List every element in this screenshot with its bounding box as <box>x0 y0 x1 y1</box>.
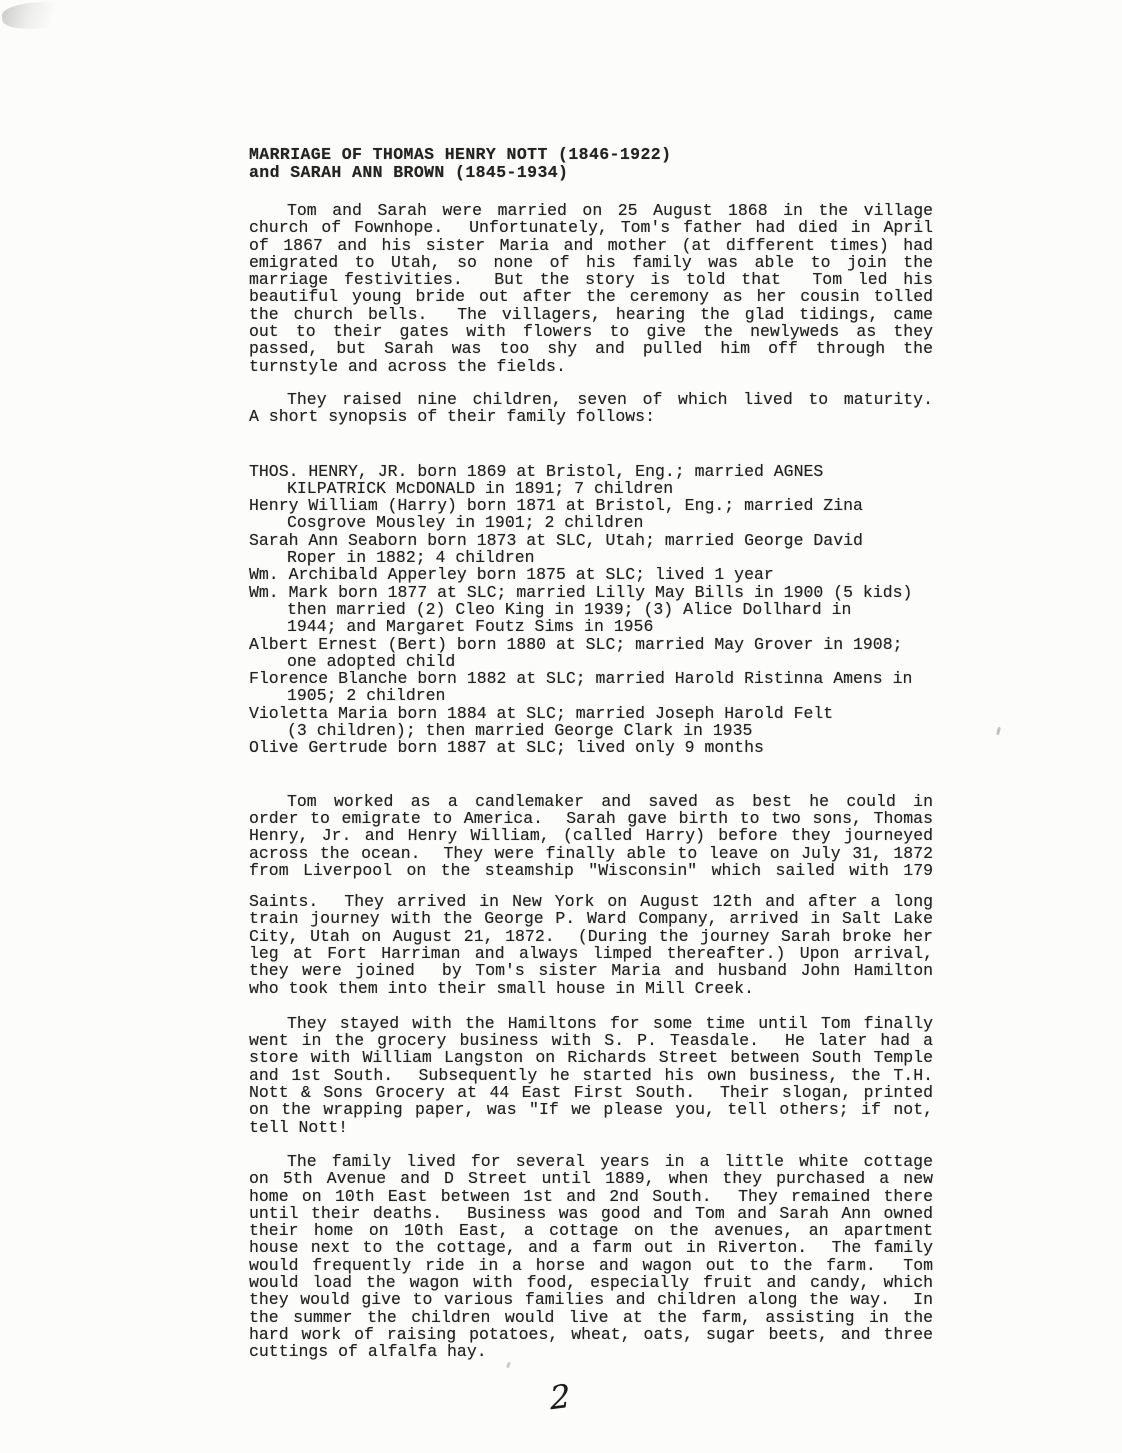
scanned-document-page: { "document": { "blocks": [ { "type": "h… <box>0 0 1122 1453</box>
paragraph-arrival: Saints. They arrived in New York on Augu… <box>249 893 933 997</box>
text-line: their home on 10th East, a cottage on th… <box>249 1222 933 1239</box>
text-line: A short synopsis of their family follows… <box>249 408 933 425</box>
text-line: leg at Fort Harriman and always limped t… <box>249 945 933 962</box>
text-line: they were joined by Tom's sister Maria a… <box>249 962 933 979</box>
text-line: Olive Gertrude born 1887 at SLC; lived o… <box>249 739 933 756</box>
text-line: of 1867 and his sister Maria and mother … <box>249 237 933 254</box>
text-line: Roper in 1882; 4 children <box>249 549 933 566</box>
document-body: MARRIAGE OF THOMAS HENRY NOTT (1846-1922… <box>249 146 933 1361</box>
text-line: They stayed with the Hamiltons for some … <box>249 1015 933 1032</box>
text-line: who took them into their small house in … <box>249 980 933 997</box>
text-line: Violetta Maria born 1884 at SLC; married… <box>249 705 933 722</box>
text-line: Saints. They arrived in New York on Augu… <box>249 893 933 910</box>
text-line: The family lived for several years in a … <box>249 1153 933 1170</box>
scan-noise-mark <box>996 727 1001 735</box>
paragraph-children-intro: They raised nine children, seven of whic… <box>249 391 933 426</box>
text-line: house next to the cottage, and a farm ou… <box>249 1239 933 1256</box>
text-line: across the ocean. They were finally able… <box>249 845 933 862</box>
text-line: Henry William (Harry) born 1871 at Brist… <box>249 497 933 514</box>
text-line: home on 10th East between 1st and 2nd So… <box>249 1188 933 1205</box>
text-line: tell Nott! <box>249 1119 933 1136</box>
text-line: City, Utah on August 21, 1872. (During t… <box>249 928 933 945</box>
text-line: Tom and Sarah were married on 25 August … <box>249 202 933 219</box>
paragraph-grocery: They stayed with the Hamiltons for some … <box>249 1015 933 1136</box>
text-line: THOS. HENRY, JR. born 1869 at Bristol, E… <box>249 463 933 480</box>
text-line: on 5th Avenue and D Street until 1889, w… <box>249 1170 933 1187</box>
text-line: 1944; and Margaret Foutz Sims in 1956 <box>249 618 933 635</box>
text-line: Albert Ernest (Bert) born 1880 at SLC; m… <box>249 636 933 653</box>
text-line: the summer the children would live at th… <box>249 1309 933 1326</box>
text-line: cuttings of alfalfa hay. <box>249 1343 933 1360</box>
text-line: Tom worked as a candlemaker and saved as… <box>249 793 933 810</box>
text-line: Cosgrove Mousley in 1901; 2 children <box>249 514 933 531</box>
page-number: 2 <box>549 1377 571 1418</box>
text-line: emigrated to Utah, so none of his family… <box>249 254 933 271</box>
scan-noise-mark <box>506 1362 511 1369</box>
text-line: one adopted child <box>249 653 933 670</box>
child-entry: Florence Blanche born 1882 at SLC; marri… <box>249 670 933 705</box>
text-line: would frequently ride in a horse and wag… <box>249 1257 933 1274</box>
text-line: Florence Blanche born 1882 at SLC; marri… <box>249 670 933 687</box>
text-line: They raised nine children, seven of whic… <box>249 391 933 408</box>
paragraph-emigration: Tom worked as a candlemaker and saved as… <box>249 793 933 879</box>
text-line: and 1st South. Subsequently he started h… <box>249 1067 933 1084</box>
text-line: until their deaths. Business was good an… <box>249 1205 933 1222</box>
text-line: would load the wagon with food, especial… <box>249 1274 933 1291</box>
child-entry: Henry William (Harry) born 1871 at Brist… <box>249 497 933 532</box>
child-entry: Sarah Ann Seaborn born 1873 at SLC, Utah… <box>249 532 933 567</box>
text-line: Wm. Mark born 1877 at SLC; married Lilly… <box>249 584 933 601</box>
text-line: store with William Langston on Richards … <box>249 1049 933 1066</box>
text-line: train journey with the George P. Ward Co… <box>249 910 933 927</box>
text-line: they would give to various families and … <box>249 1291 933 1308</box>
text-line: Nott & Sons Grocery at 44 East First Sou… <box>249 1084 933 1101</box>
text-line: Henry, Jr. and Henry William, (called Ha… <box>249 827 933 844</box>
paragraph-home: The family lived for several years in a … <box>249 1153 933 1361</box>
scan-smudge <box>1 0 81 32</box>
text-line: (3 children); then married George Clark … <box>249 722 933 739</box>
child-entry: Albert Ernest (Bert) born 1880 at SLC; m… <box>249 636 933 671</box>
text-line: marriage festivities. But the story is t… <box>249 271 933 288</box>
text-line: Wm. Archibald Apperley born 1875 at SLC;… <box>249 566 933 583</box>
text-line: and SARAH ANN BROWN (1845-1934) <box>249 164 933 182</box>
child-entry: Wm. Mark born 1877 at SLC; married Lilly… <box>249 584 933 636</box>
text-line: then married (2) Cleo King in 1939; (3) … <box>249 601 933 618</box>
text-line: Sarah Ann Seaborn born 1873 at SLC, Utah… <box>249 532 933 549</box>
text-line: order to emigrate to America. Sarah gave… <box>249 810 933 827</box>
text-line: the church bells. The villagers, hearing… <box>249 306 933 323</box>
child-entry: Violetta Maria born 1884 at SLC; married… <box>249 705 933 740</box>
child-entry: THOS. HENRY, JR. born 1869 at Bristol, E… <box>249 463 933 498</box>
text-line: MARRIAGE OF THOMAS HENRY NOTT (1846-1922… <box>249 146 933 164</box>
text-line: KILPATRICK McDONALD in 1891; 7 children <box>249 480 933 497</box>
text-line: went in the grocery business with S. P. … <box>249 1032 933 1049</box>
text-line: 1905; 2 children <box>249 687 933 704</box>
text-line: out to their gates with flowers to give … <box>249 323 933 340</box>
document-title: MARRIAGE OF THOMAS HENRY NOTT (1846-1922… <box>249 146 933 182</box>
paragraph-marriage: Tom and Sarah were married on 25 August … <box>249 202 933 375</box>
text-line: turnstyle and across the fields. <box>249 358 933 375</box>
child-entry: Olive Gertrude born 1887 at SLC; lived o… <box>249 739 933 756</box>
text-line: church of Fownhope. Unfortunately, Tom's… <box>249 219 933 236</box>
text-line: beautiful young bride out after the cere… <box>249 288 933 305</box>
children-list: THOS. HENRY, JR. born 1869 at Bristol, E… <box>249 463 933 757</box>
text-line: hard work of raising potatoes, wheat, oa… <box>249 1326 933 1343</box>
text-line: on the wrapping paper, was "If we please… <box>249 1101 933 1118</box>
child-entry: Wm. Archibald Apperley born 1875 at SLC;… <box>249 566 933 583</box>
text-line: passed, but Sarah was too shy and pulled… <box>249 340 933 357</box>
text-line: from Liverpool on the steamship "Wiscons… <box>249 862 933 879</box>
